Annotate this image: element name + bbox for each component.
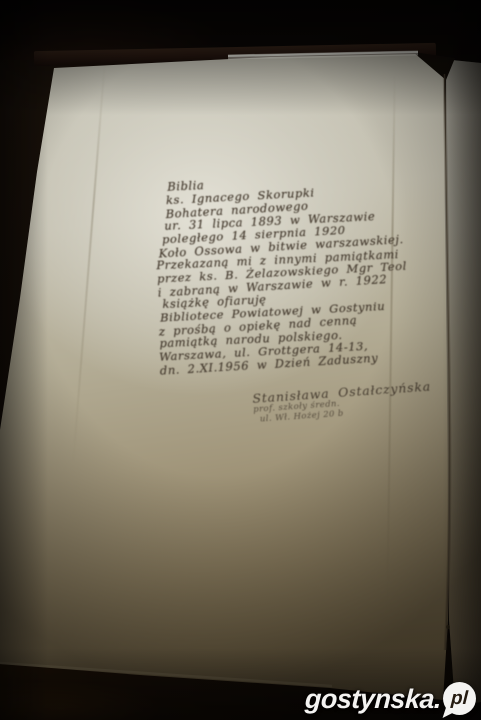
- watermark-tld-text: pl: [450, 688, 468, 710]
- watermark-gostynska: gostynska. pl: [305, 684, 476, 715]
- photo-open-bible: Bibliaks. Ignacego SkorupkiBohatera naro…: [0, 0, 481, 720]
- paper-crease: [72, 63, 105, 462]
- watermark-site-text: gostynska.: [304, 684, 442, 715]
- handwritten-inscription: Bibliaks. Ignacego SkorupkiBohatera naro…: [150, 169, 415, 377]
- speech-bubble-icon: pl: [443, 682, 476, 715]
